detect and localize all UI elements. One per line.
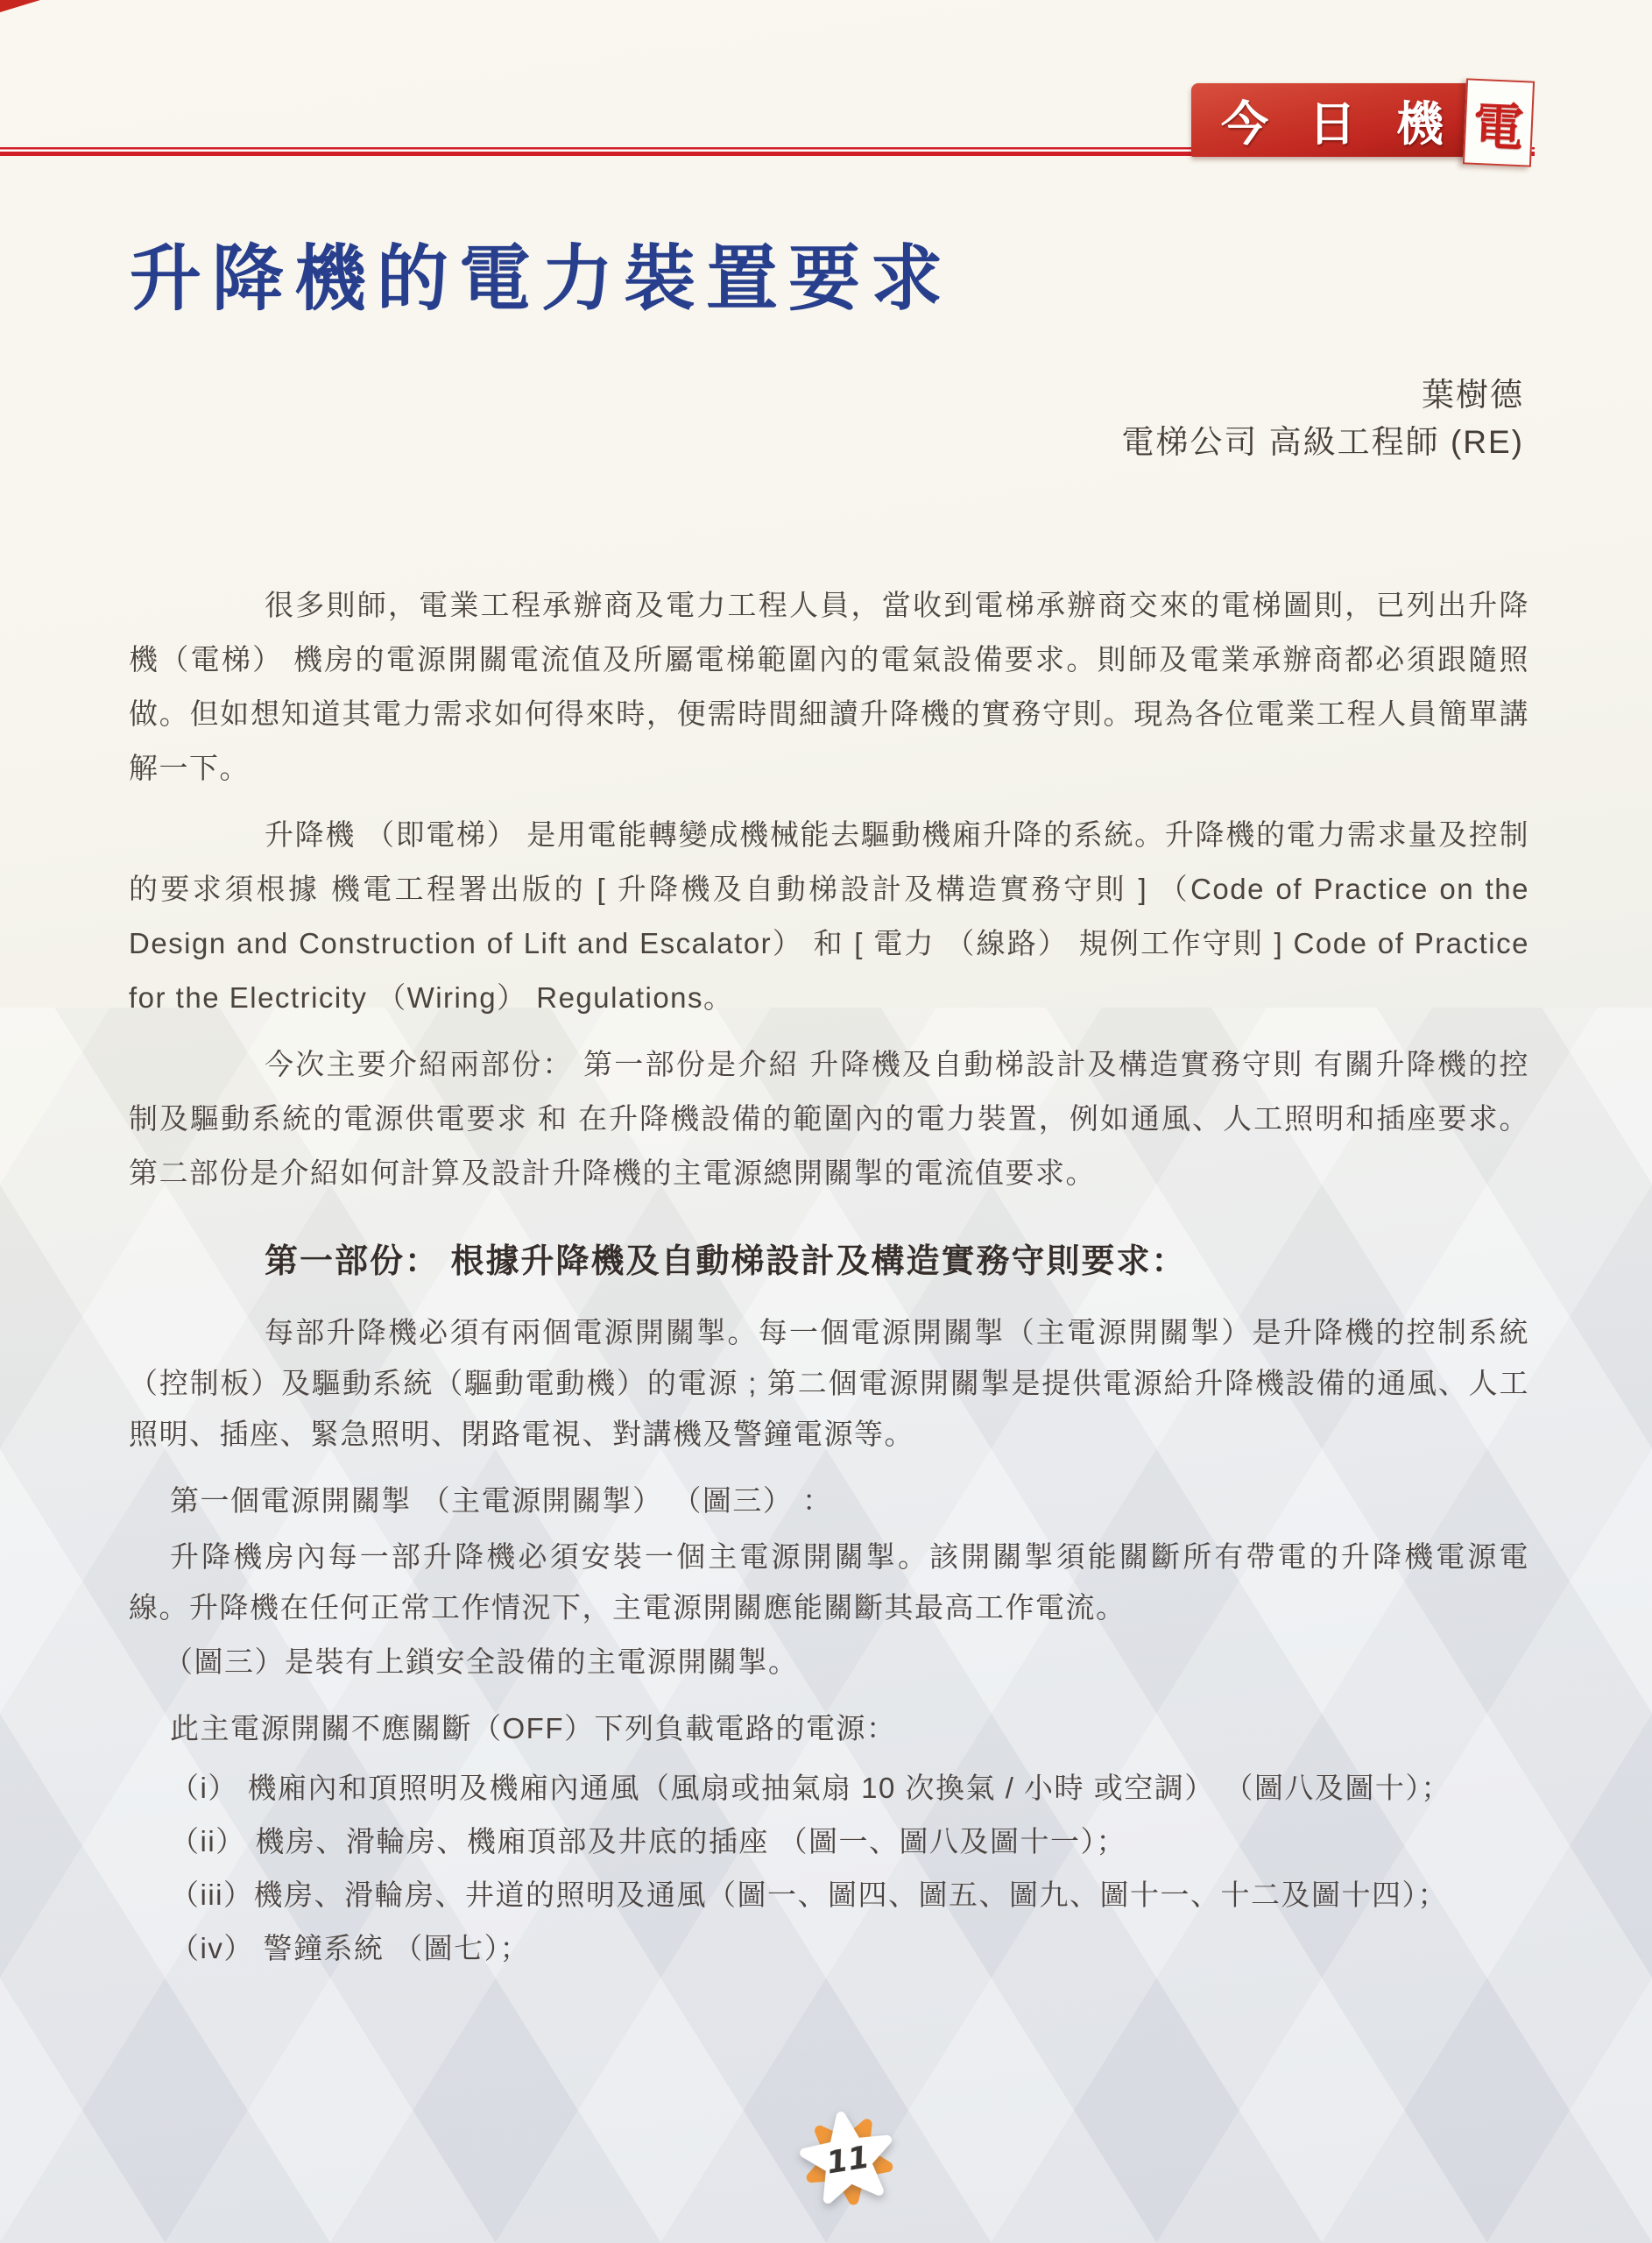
author-block: 葉樹德 電梯公司 高級工程師 (RE) [1121,371,1524,466]
page-title: 升降機的電力裝置要求 [130,236,953,323]
article-body: 很多則師，電業工程承辦商及電力工程人員，當收到電梯承辦商交來的電梯圖則，已列出升… [129,578,1529,1977]
list-item: （iv） 警鐘系統 （圖七）； [129,1923,1529,1974]
author-role: 電梯公司 高級工程師 (RE) [1121,419,1524,466]
paragraph: 升降機 （即電梯） 是用電能轉變成機械能去驅動機廂升降的系統。升降機的電力需求量… [129,808,1529,1025]
masthead-char: 今 [1221,87,1268,154]
figure-note: （圖三）是裝有上鎖安全設備的主電源開關掣。 [129,1637,1529,1688]
star-white-icon: 11 [800,2110,894,2201]
masthead-tab-char: 電 [1472,85,1526,160]
paragraph: 每部升降機必須有兩個電源開關掣。每一個電源開關掣（主電源開關掣）是升降機的控制系… [129,1307,1529,1460]
paragraph: 很多則師，電業工程承辦商及電力工程人員，當收到電梯承辦商交來的電梯圖則，已列出升… [129,578,1529,796]
list-item: （iii）機房、滑輪房、井道的照明及通風（圖一、圖四、圖五、圖九、圖十一、十二及… [129,1870,1529,1921]
masthead-banner: 今 日 機 [1191,83,1473,157]
masthead-char: 日 [1309,87,1356,154]
page-number-star: 11 [784,2096,912,2224]
section-heading: 第一部份： 根據升降機及自動梯設計及構造實務守則要求： [129,1241,1529,1283]
paragraph: 升降機房內每一部升降機必須安裝一個主電源開關掣。該開關掣須能關斷所有帶電的升降機… [129,1532,1529,1633]
list-item: （ii） 機房、滑輪房、機廂頂部及井底的插座 （圖一、圖八及圖十一）； [129,1816,1529,1867]
document-page: 今 日 機 電 升降機的電力裝置要求 葉樹德 電梯公司 高級工程師 (RE) 很… [0,0,1652,2243]
masthead-tab: 電 [1463,78,1535,166]
paragraph: 今次主要介紹兩部份： 第一部份是介紹 升降機及自動梯設計及構造實務守則 有關升降… [129,1037,1529,1200]
sub-heading: 第一個電源開關掣 （主電源開關掣） （圖三） ： [129,1475,1529,1526]
page-number: 11 [824,2140,872,2181]
list-item: （i） 機廂內和頂照明及機廂內通風（風扇或抽氣扇 10 次換氣 / 小時 或空調… [129,1763,1529,1814]
corner-red-wedge [0,0,40,12]
numbered-list: （i） 機廂內和頂照明及機廂內通風（風扇或抽氣扇 10 次換氣 / 小時 或空調… [129,1763,1529,1974]
masthead-char: 機 [1396,87,1444,154]
author-name: 葉樹德 [1121,371,1524,419]
list-intro: 此主電源開關不應關斷（OFF）下列負載電路的電源： [129,1703,1529,1754]
